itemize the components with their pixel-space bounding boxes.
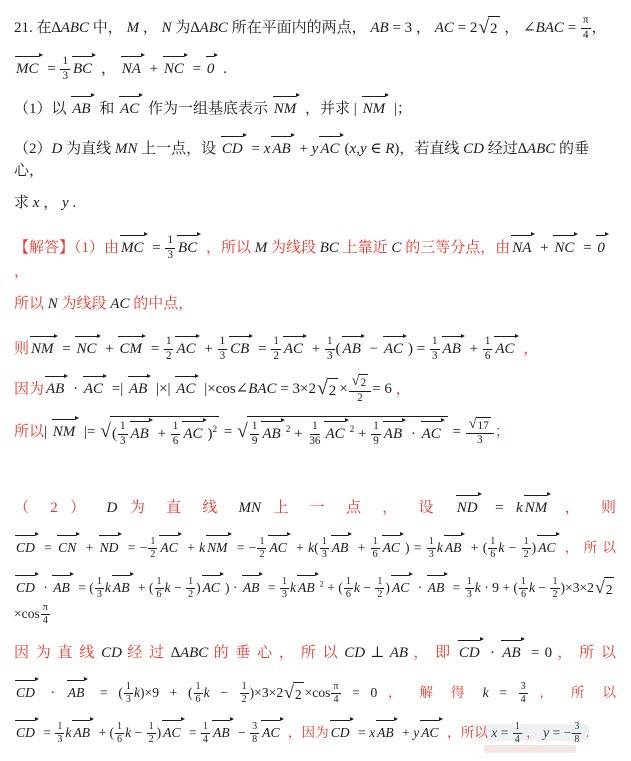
solution-line-9: 因 为 直 线 CD 经 过 ∆ABC 的 垂 心 ， 所 以 CD ⊥ AB … (14, 638, 616, 668)
solution-line-2: 所以 N 为线段 AC 的中点， (14, 294, 616, 324)
solution-line-7: CD = CN + ND = −12AC + kNM = −12AC + k(1… (14, 533, 616, 563)
problem-line-4: （2）D 为直线 MN 上一点，设 CD = xAB + yAC(x,y ∈ R… (14, 134, 616, 183)
problem-line-2: MC = 13BC ， NA + NC = 0 . (14, 54, 616, 84)
problem-line-1: 21. 在∆ABC 中， M ， N 为∆ABC 所在平面内的两点， AB = … (14, 14, 616, 44)
solution-line-8: CD · AB = (13kAB + (16k − 12)AC) · AB = … (14, 573, 616, 628)
solution-line-6: （ 2 ） D 为 直 线 MN 上 一 点 ， 设 ND = kNM ， 则 (14, 493, 616, 523)
math-worksheet-document: 21. 在∆ABC 中， M ， N 为∆ABC 所在平面内的两点， AB = … (0, 0, 631, 748)
problem-line-5: 求 x ， y . (14, 193, 616, 223)
solution-line-1: 【解答】（1）由MC = 13BC ，所以 M 为线段 BC 上靠近 C 的三等… (14, 233, 616, 285)
solution-line-4: 因为AB · AC =| AB |×| AC |×cos∠BAC = 3×2√2… (14, 374, 616, 406)
solution-line-3: 则NM = NC + CM = 12AC + 13CB = 12AC + 13(… (14, 334, 616, 364)
problem-line-3: （1）以 AB 和 AC 作为一组基底表示 NM ，并求 | NM |； (14, 94, 616, 124)
solution-line-5: 所以| NM |= √(13AB + 16AC)2 = √19AB2 + 136… (14, 416, 616, 449)
solution-line-10: CD · AB = (13k)×9 + (16k − 12)×3×2√2×cos… (14, 678, 616, 708)
solution-line-11: CD = 13kAB + (16k − 12)AC = 14AB − 38AC … (14, 718, 616, 748)
